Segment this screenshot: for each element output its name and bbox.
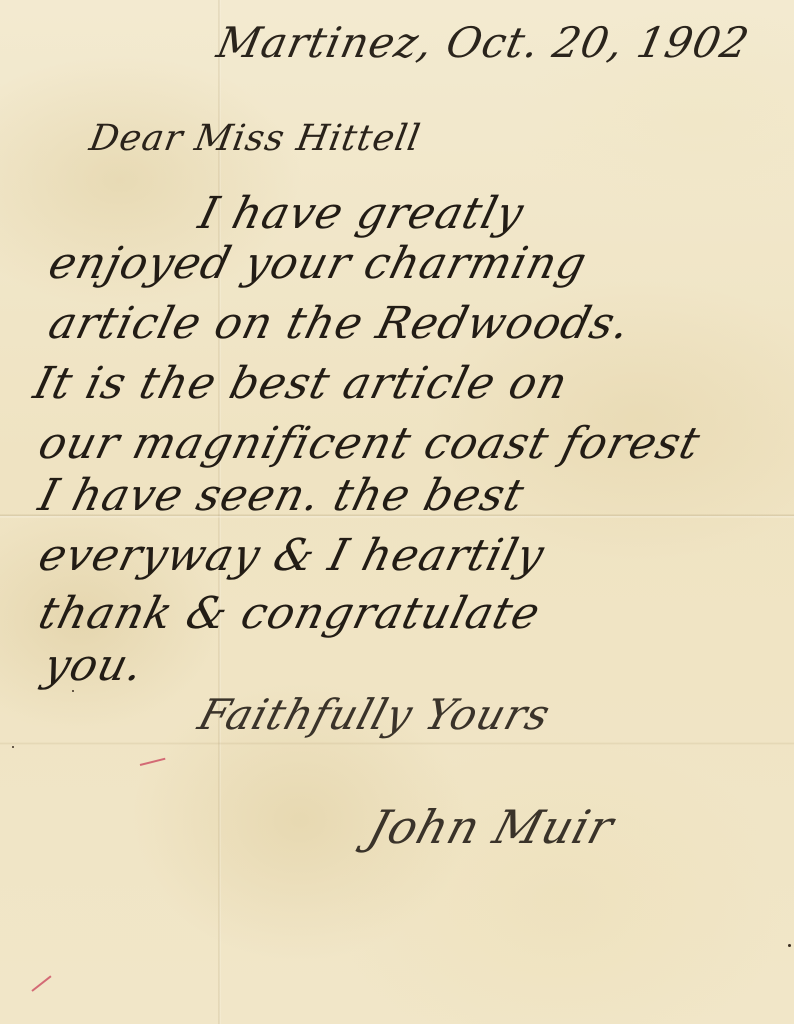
closing: Faithfully Yours — [193, 690, 556, 739]
signature: John Muir — [362, 800, 620, 854]
body-line-2: enjoyed your charming — [44, 238, 593, 289]
body-line-3: article on the Redwoods. — [44, 298, 636, 349]
red-pencil-mark-middle — [140, 758, 166, 766]
body-line-5: our magnificent coast forest — [34, 418, 706, 469]
body-line-6: I have seen. the best — [34, 470, 530, 521]
letter-page: Martinez, Oct. 20, 1902 Dear Miss Hittel… — [0, 0, 794, 1024]
body-line-8: thank & congratulate — [34, 588, 546, 639]
dateline: Martinez, Oct. 20, 1902 — [213, 18, 754, 67]
salutation: Dear Miss Hittell — [86, 118, 423, 159]
horizontal-fold-crease-lower — [0, 742, 794, 745]
red-pencil-mark-bottom — [31, 975, 51, 991]
body-line-9: you. — [39, 640, 149, 691]
body-line-1: I have greatly — [194, 188, 530, 239]
ink-speck — [12, 746, 14, 748]
body-line-4: It is the best article on — [29, 358, 573, 409]
ink-speck — [72, 690, 74, 692]
body-line-7: everyway & I heartily — [34, 530, 550, 581]
ink-speck — [788, 944, 791, 947]
